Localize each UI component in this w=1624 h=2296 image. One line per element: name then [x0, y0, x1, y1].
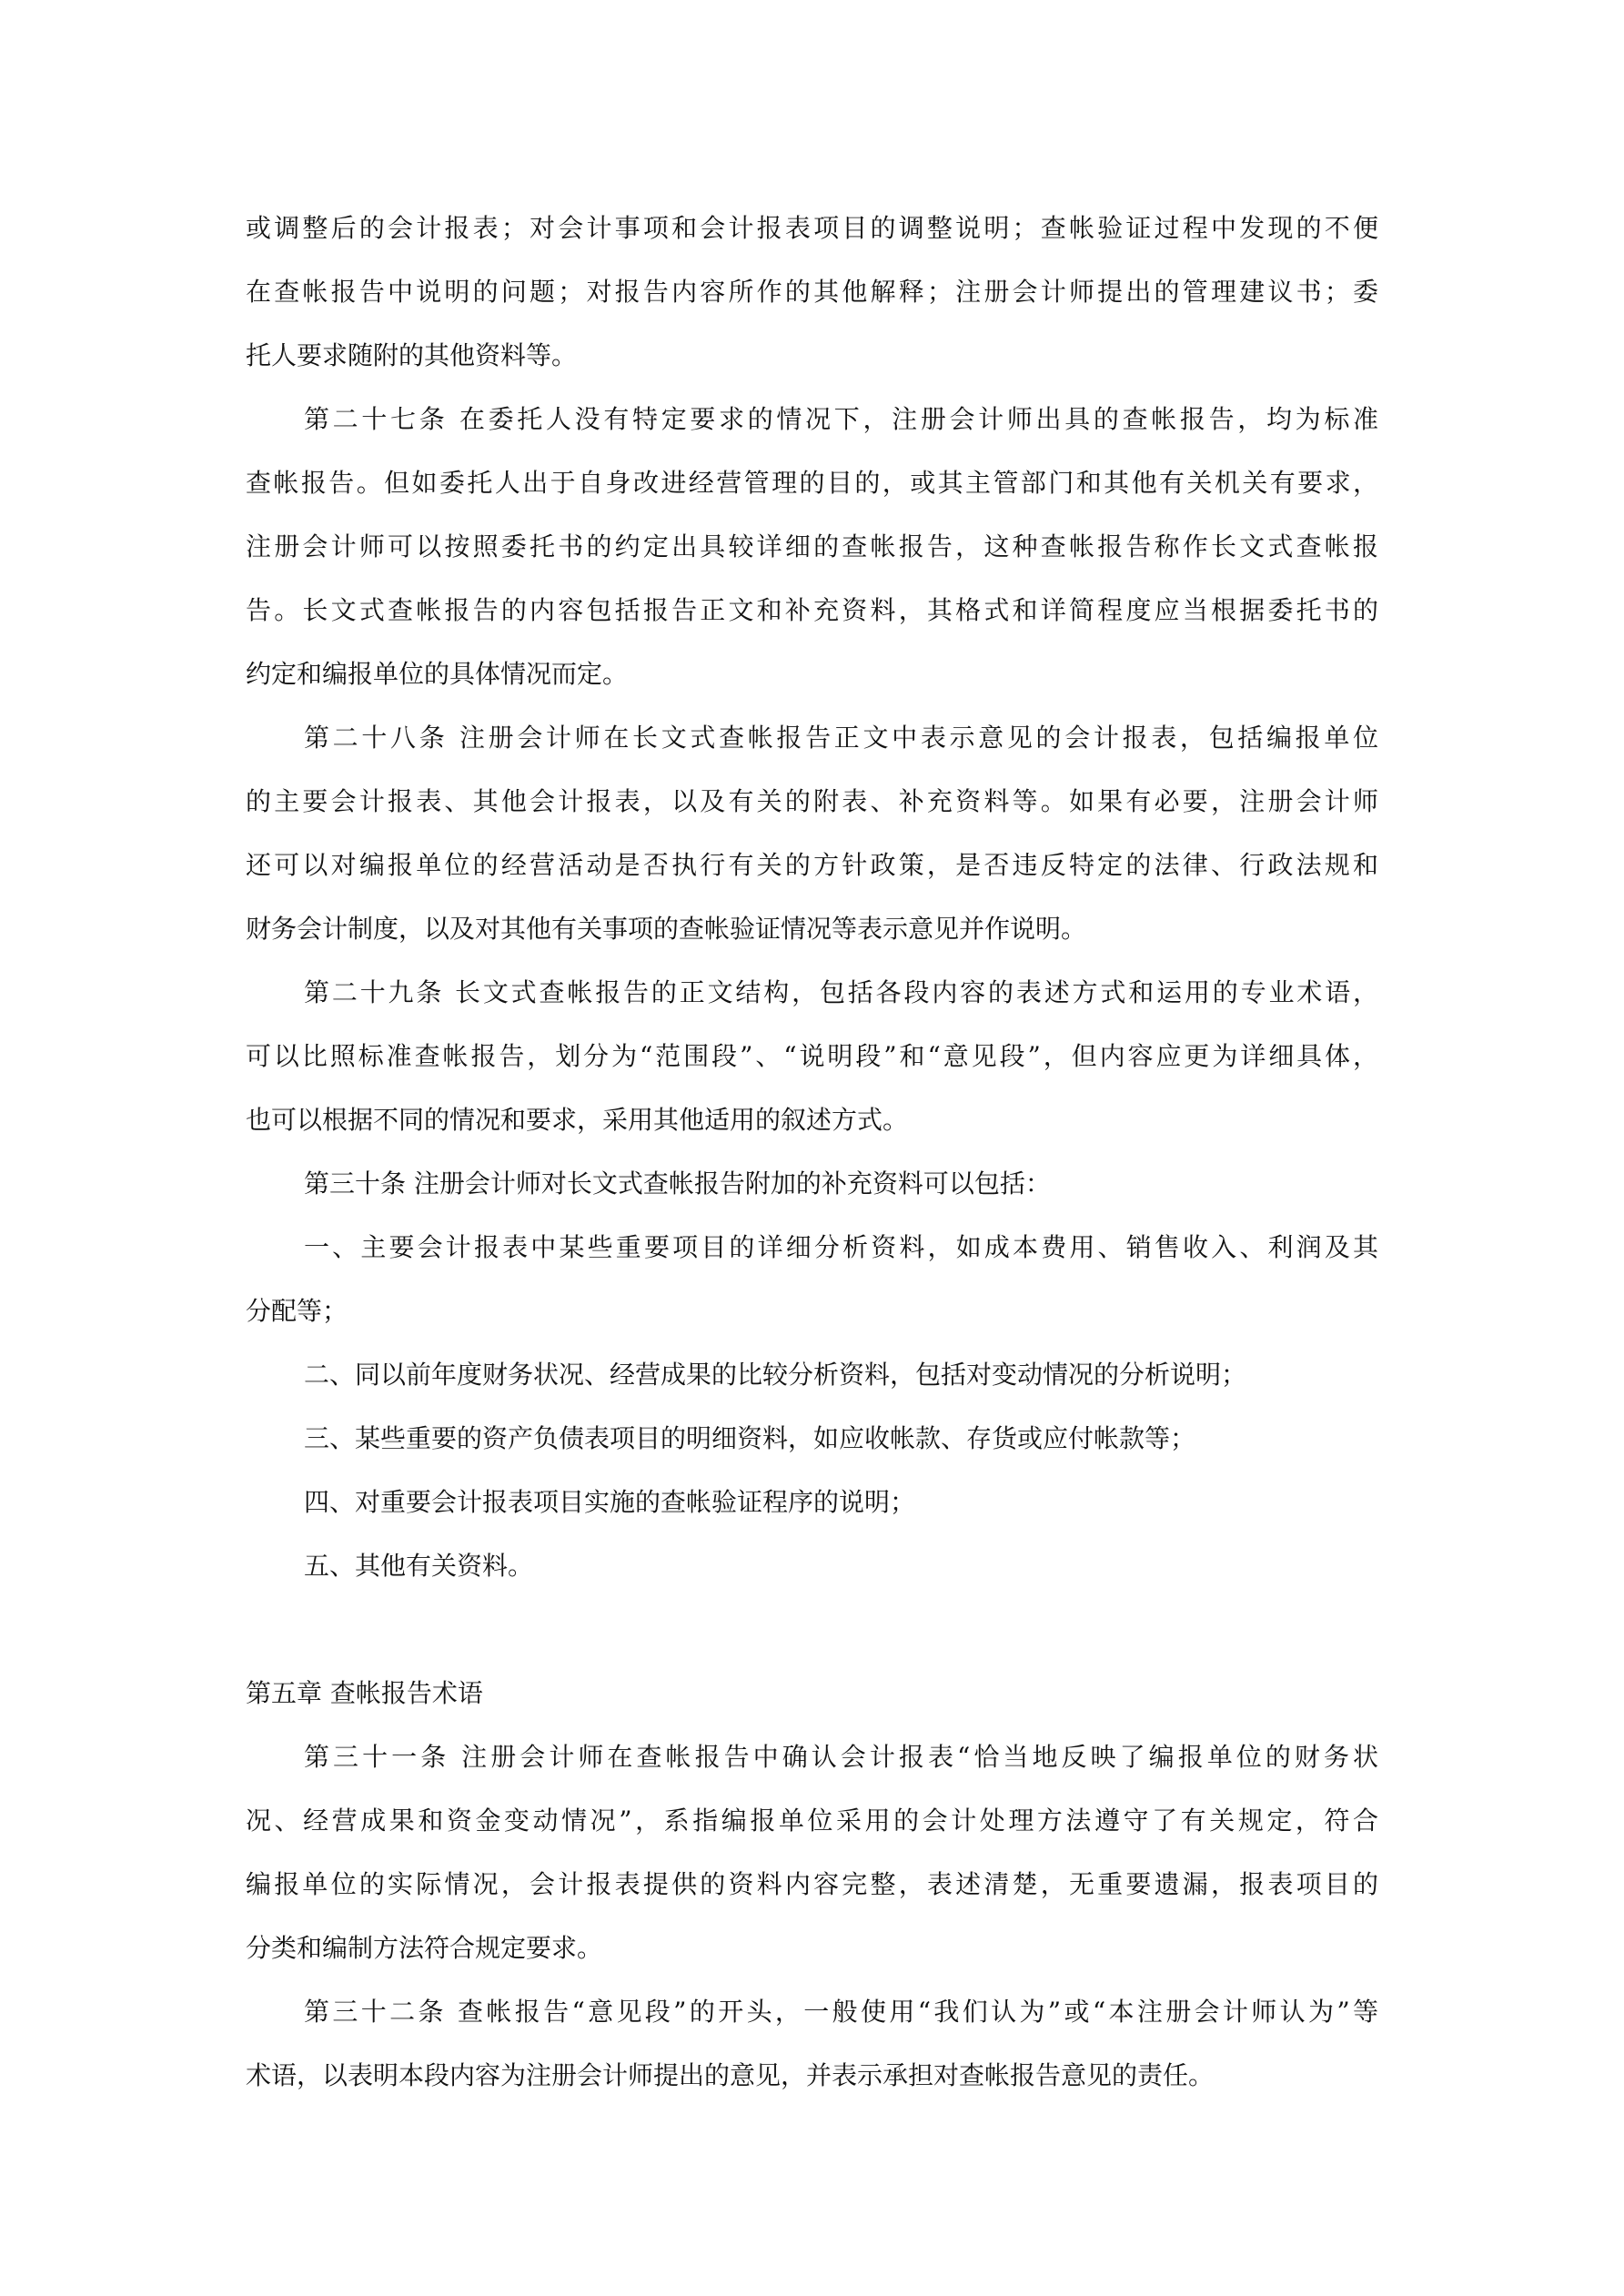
article-28-line: 第二十八条 注册会计师在长文式查帐报告正文中表示意见的会计报表，包括编报单位	[246, 715, 1378, 779]
article-30-line: 第三十条 注册会计师对长文式查帐报告附加的补充资料可以包括：	[246, 1161, 1378, 1225]
article-29-line: 也可以根据不同的情况和要求，采用其他适用的叙述方式。	[246, 1097, 1378, 1161]
article-29-line: 第二十九条 长文式查帐报告的正文结构，包括各段内容的表述方式和运用的专业术语，	[246, 970, 1378, 1034]
article-29-line: 可以比照标准查帐报告，划分为“范围段”、“说明段”和“意见段”，但内容应更为详细…	[246, 1034, 1378, 1097]
article-31-line: 分类和编制方法符合规定要求。	[246, 1926, 1378, 1989]
article-31-line: 况、经营成果和资金变动情况”，系指编报单位采用的会计处理方法遵守了有关规定，符合	[246, 1798, 1378, 1862]
blank-line	[246, 1607, 1378, 1671]
text-line: 在查帐报告中说明的问题；对报告内容所作的其他解释；注册会计师提出的管理建议书；委	[246, 269, 1378, 333]
list-item-1: 一、主要会计报表中某些重要项目的详细分析资料，如成本费用、销售收入、利润及其	[246, 1225, 1378, 1289]
text-line: 或调整后的会计报表；对会计事项和会计报表项目的调整说明；查帐验证过程中发现的不便	[246, 206, 1378, 269]
article-27-line: 约定和编报单位的具体情况而定。	[246, 652, 1378, 715]
list-item-3: 三、某些重要的资产负债表项目的明细资料，如应收帐款、存货或应付帐款等；	[246, 1416, 1378, 1480]
list-item-1-continued: 分配等；	[246, 1289, 1378, 1352]
article-32-line: 第三十二条 查帐报告“意见段”的开头，一般使用“我们认为”或“本注册会计师认为”…	[246, 1989, 1378, 2053]
article-28-line: 的主要会计报表、其他会计报表，以及有关的附表、补充资料等。如果有必要，注册会计师	[246, 779, 1378, 843]
list-item-4: 四、对重要会计报表项目实施的查帐验证程序的说明；	[246, 1480, 1378, 1543]
article-27-line: 第二十七条 在委托人没有特定要求的情况下，注册会计师出具的查帐报告，均为标准	[246, 397, 1378, 460]
list-item-5: 五、其他有关资料。	[246, 1543, 1378, 1607]
article-31-line: 第三十一条 注册会计师在查帐报告中确认会计报表“恰当地反映了编报单位的财务状	[246, 1735, 1378, 1798]
chapter-heading: 第五章 查帐报告术语	[246, 1671, 1378, 1735]
article-31-line: 编报单位的实际情况，会计报表提供的资料内容完整，表述清楚，无重要遗漏，报表项目的	[246, 1862, 1378, 1926]
article-32-line: 术语，以表明本段内容为注册会计师提出的意见，并表示承担对查帐报告意见的责任。	[246, 2053, 1378, 2117]
document-body: 或调整后的会计报表；对会计事项和会计报表项目的调整说明；查帐验证过程中发现的不便…	[246, 206, 1378, 2117]
list-item-2: 二、同以前年度财务状况、经营成果的比较分析资料，包括对变动情况的分析说明；	[246, 1352, 1378, 1416]
article-27-line: 注册会计师可以按照委托书的约定出具较详细的查帐报告，这种查帐报告称作长文式查帐报	[246, 524, 1378, 588]
article-27-line: 告。长文式查帐报告的内容包括报告正文和补充资料，其格式和详简程度应当根据委托书的	[246, 588, 1378, 652]
article-28-line: 财务会计制度，以及对其他有关事项的查帐验证情况等表示意见并作说明。	[246, 906, 1378, 970]
article-27-line: 查帐报告。但如委托人出于自身改进经营管理的目的，或其主管部门和其他有关机关有要求…	[246, 460, 1378, 524]
document-page: 或调整后的会计报表；对会计事项和会计报表项目的调整说明；查帐验证过程中发现的不便…	[0, 0, 1624, 2296]
article-28-line: 还可以对编报单位的经营活动是否执行有关的方针政策，是否违反特定的法律、行政法规和	[246, 843, 1378, 906]
text-line: 托人要求随附的其他资料等。	[246, 333, 1378, 397]
